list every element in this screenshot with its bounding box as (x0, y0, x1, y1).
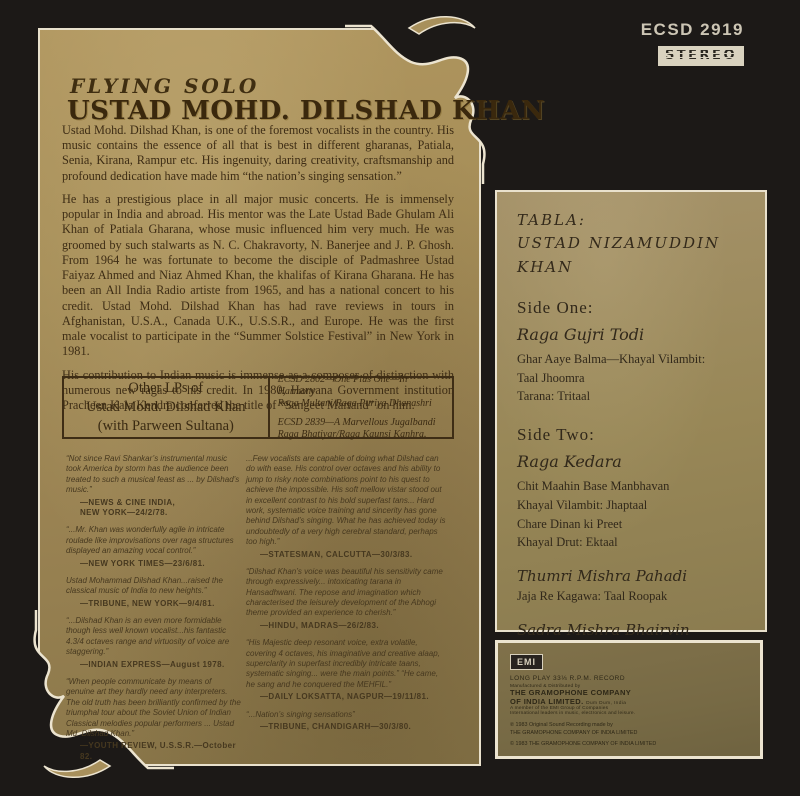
review-quote: “...Mr. Khan was wonderfully agile in in… (66, 525, 242, 556)
review-quote: “Not since Ravi Shankar’s instrumental m… (66, 454, 242, 496)
copyright-line: © 1983 THE GRAMOPHONE COMPANY OF INDIA L… (510, 741, 748, 749)
stereo-badge: STEREO (658, 46, 744, 66)
lp-entry-title: ECSD 2839—A Marvellous Jugalbandi (278, 417, 444, 429)
track-line: Khayal Drut: Ektaal (517, 533, 745, 552)
album-title: FLYING SOLO (70, 74, 259, 98)
review-attribution: —DAILY LOKSATTA, NAGPUR—19/11/81. (260, 692, 448, 702)
catalog-number: ECSD 2919 (641, 20, 744, 40)
other-lps-box: Other LPs of Ustad Mohd. Dilshad Khan (w… (62, 376, 454, 439)
tabla-credit-line: USTAD NIZAMUDDIN KHAN (517, 232, 745, 279)
review-attribution: —NEWS & CINE INDIA, NEW YORK—24/2/78. (80, 498, 242, 519)
tabla-credit-line: TABLA: (517, 209, 745, 232)
other-lps-list: ECSD 2802—One Plus One—In Harmony Raga M… (270, 378, 452, 437)
review-quote: “Dilshad Khan’s voice was beautiful his … (246, 567, 448, 619)
review-attribution: —STATESMAN, CALCUTTA—30/3/83. (260, 550, 448, 560)
lp-entry-ragas: Raga Multani/Raga Puriya Dhanashri (278, 398, 444, 410)
other-lps-heading-line: (with Parween Sultana) (64, 417, 268, 436)
company-city: Dum Dum, India (586, 701, 626, 706)
record-company-label: EMI LONG PLAY 33⅓ R.P.M. RECORD Manufact… (495, 640, 763, 759)
review-quote: “When people communicate by means of gen… (66, 677, 242, 739)
lp-entry: ECSD 2839—A Marvellous Jugalbandi Raga B… (278, 417, 444, 441)
lp-entry-title: ECSD 2802—One Plus One—In Harmony (278, 374, 444, 398)
review-attribution: —TRIBUNE, NEW YORK—9/4/81. (80, 599, 242, 609)
phonogram-copyright: ℗ 1983 Original Sound Recording made by … (510, 722, 748, 737)
review-attribution: —TRIBUNE, CHANDIGARH—30/3/80. (260, 722, 448, 732)
tracklist-panel: TABLA: USTAD NIZAMUDDIN KHAN Side One: R… (495, 190, 767, 632)
side-one-label: Side One: (517, 298, 745, 318)
side-two-label: Side Two: (517, 425, 745, 445)
lp-entry-ragas: Raga Bhatiyar/Raga Kaunsi Kanhra. (278, 429, 444, 441)
press-reviews-right-column: ...Few vocalists are capable of doing wh… (246, 454, 448, 739)
lp-entry: ECSD 2802—One Plus One—In Harmony Raga M… (278, 374, 444, 411)
review-quote: “...Dilshad Khan is an even more formida… (66, 616, 242, 658)
record-type-line: LONG PLAY 33⅓ R.P.M. RECORD (510, 675, 748, 682)
review-quote: “...Nation’s singing sensations” (246, 710, 448, 720)
review-attribution: —YOUTH REVIEW, U.S.S.R.—October 82. (80, 741, 242, 762)
other-lps-heading: Other LPs of Ustad Mohd. Dilshad Khan (w… (64, 378, 270, 437)
bio-paragraph: Ustad Mohd. Dilshad Khan, is one of the … (62, 123, 454, 184)
track-line: Taal Jhoomra (517, 369, 745, 388)
bio-paragraph: He has a prestigious place in all major … (62, 192, 454, 360)
side-one-raga: Raga Gujri Todi (517, 325, 745, 344)
phonogram-line: THE GRAMOPHONE COMPANY OF INDIA LIMITED (510, 730, 748, 738)
other-lps-heading-line: Other LPs of (64, 379, 268, 398)
sadra-raga: Sadra Mishra Bhairvin (517, 621, 745, 639)
emi-group-note: A member of the EMI Group of Companies I… (510, 706, 748, 716)
track-line: Khayal Vilambit: Jhaptaal (517, 496, 745, 515)
track-line: Tarana: Tritaal (517, 387, 745, 406)
company-name-line: OF INDIA LIMITED. Dum Dum, India (510, 698, 748, 707)
track-line: Chit Maahin Base Manbhavan (517, 477, 745, 496)
emi-logo: EMI (510, 654, 543, 670)
thumri-raga: Thumri Mishra Pahadi (517, 567, 745, 585)
album-back-cover-page: ECSD 2919 STEREO FLYING SOLO USTAD MOHD.… (0, 0, 800, 796)
review-quote: ...Few vocalists are capable of doing wh… (246, 454, 448, 548)
other-lps-heading-line: Ustad Mohd. Dilshad Khan (64, 398, 268, 417)
side-two-raga: Raga Kedara (517, 452, 745, 471)
review-attribution: —INDIAN EXPRESS—August 1978. (80, 660, 242, 670)
tabla-credit: TABLA: USTAD NIZAMUDDIN KHAN (517, 209, 745, 279)
track-line: Chare Dinan ki Preet (517, 515, 745, 534)
review-attribution: —NEW YORK TIMES—23/6/81. (80, 559, 242, 569)
review-attribution: —HINDU, MADRAS—26/2/83. (260, 621, 448, 631)
emi-group-line: International leaders in music, electron… (510, 711, 748, 716)
phonogram-line: ℗ 1983 Original Sound Recording made by (510, 722, 748, 730)
track-line: Jaja Re Kagawa: Taal Roopak (517, 587, 745, 606)
press-reviews-left-column: “Not since Ravi Shankar’s instrumental m… (66, 454, 242, 769)
review-quote: “His Majestic deep resonant voice, extra… (246, 638, 448, 690)
company-name-part: OF INDIA LIMITED. (510, 697, 584, 706)
album-cover-scan: FLYING SOLO USTAD MOHD. DILSHAD KHAN Ust… (38, 28, 481, 766)
artist-title: USTAD MOHD. DILSHAD KHAN (67, 96, 467, 126)
review-quote: Ustad Mohammad Dilshad Khan...raised the… (66, 576, 242, 597)
track-line: Ghar Aaye Balma—Khayal Vilambit: (517, 350, 745, 369)
